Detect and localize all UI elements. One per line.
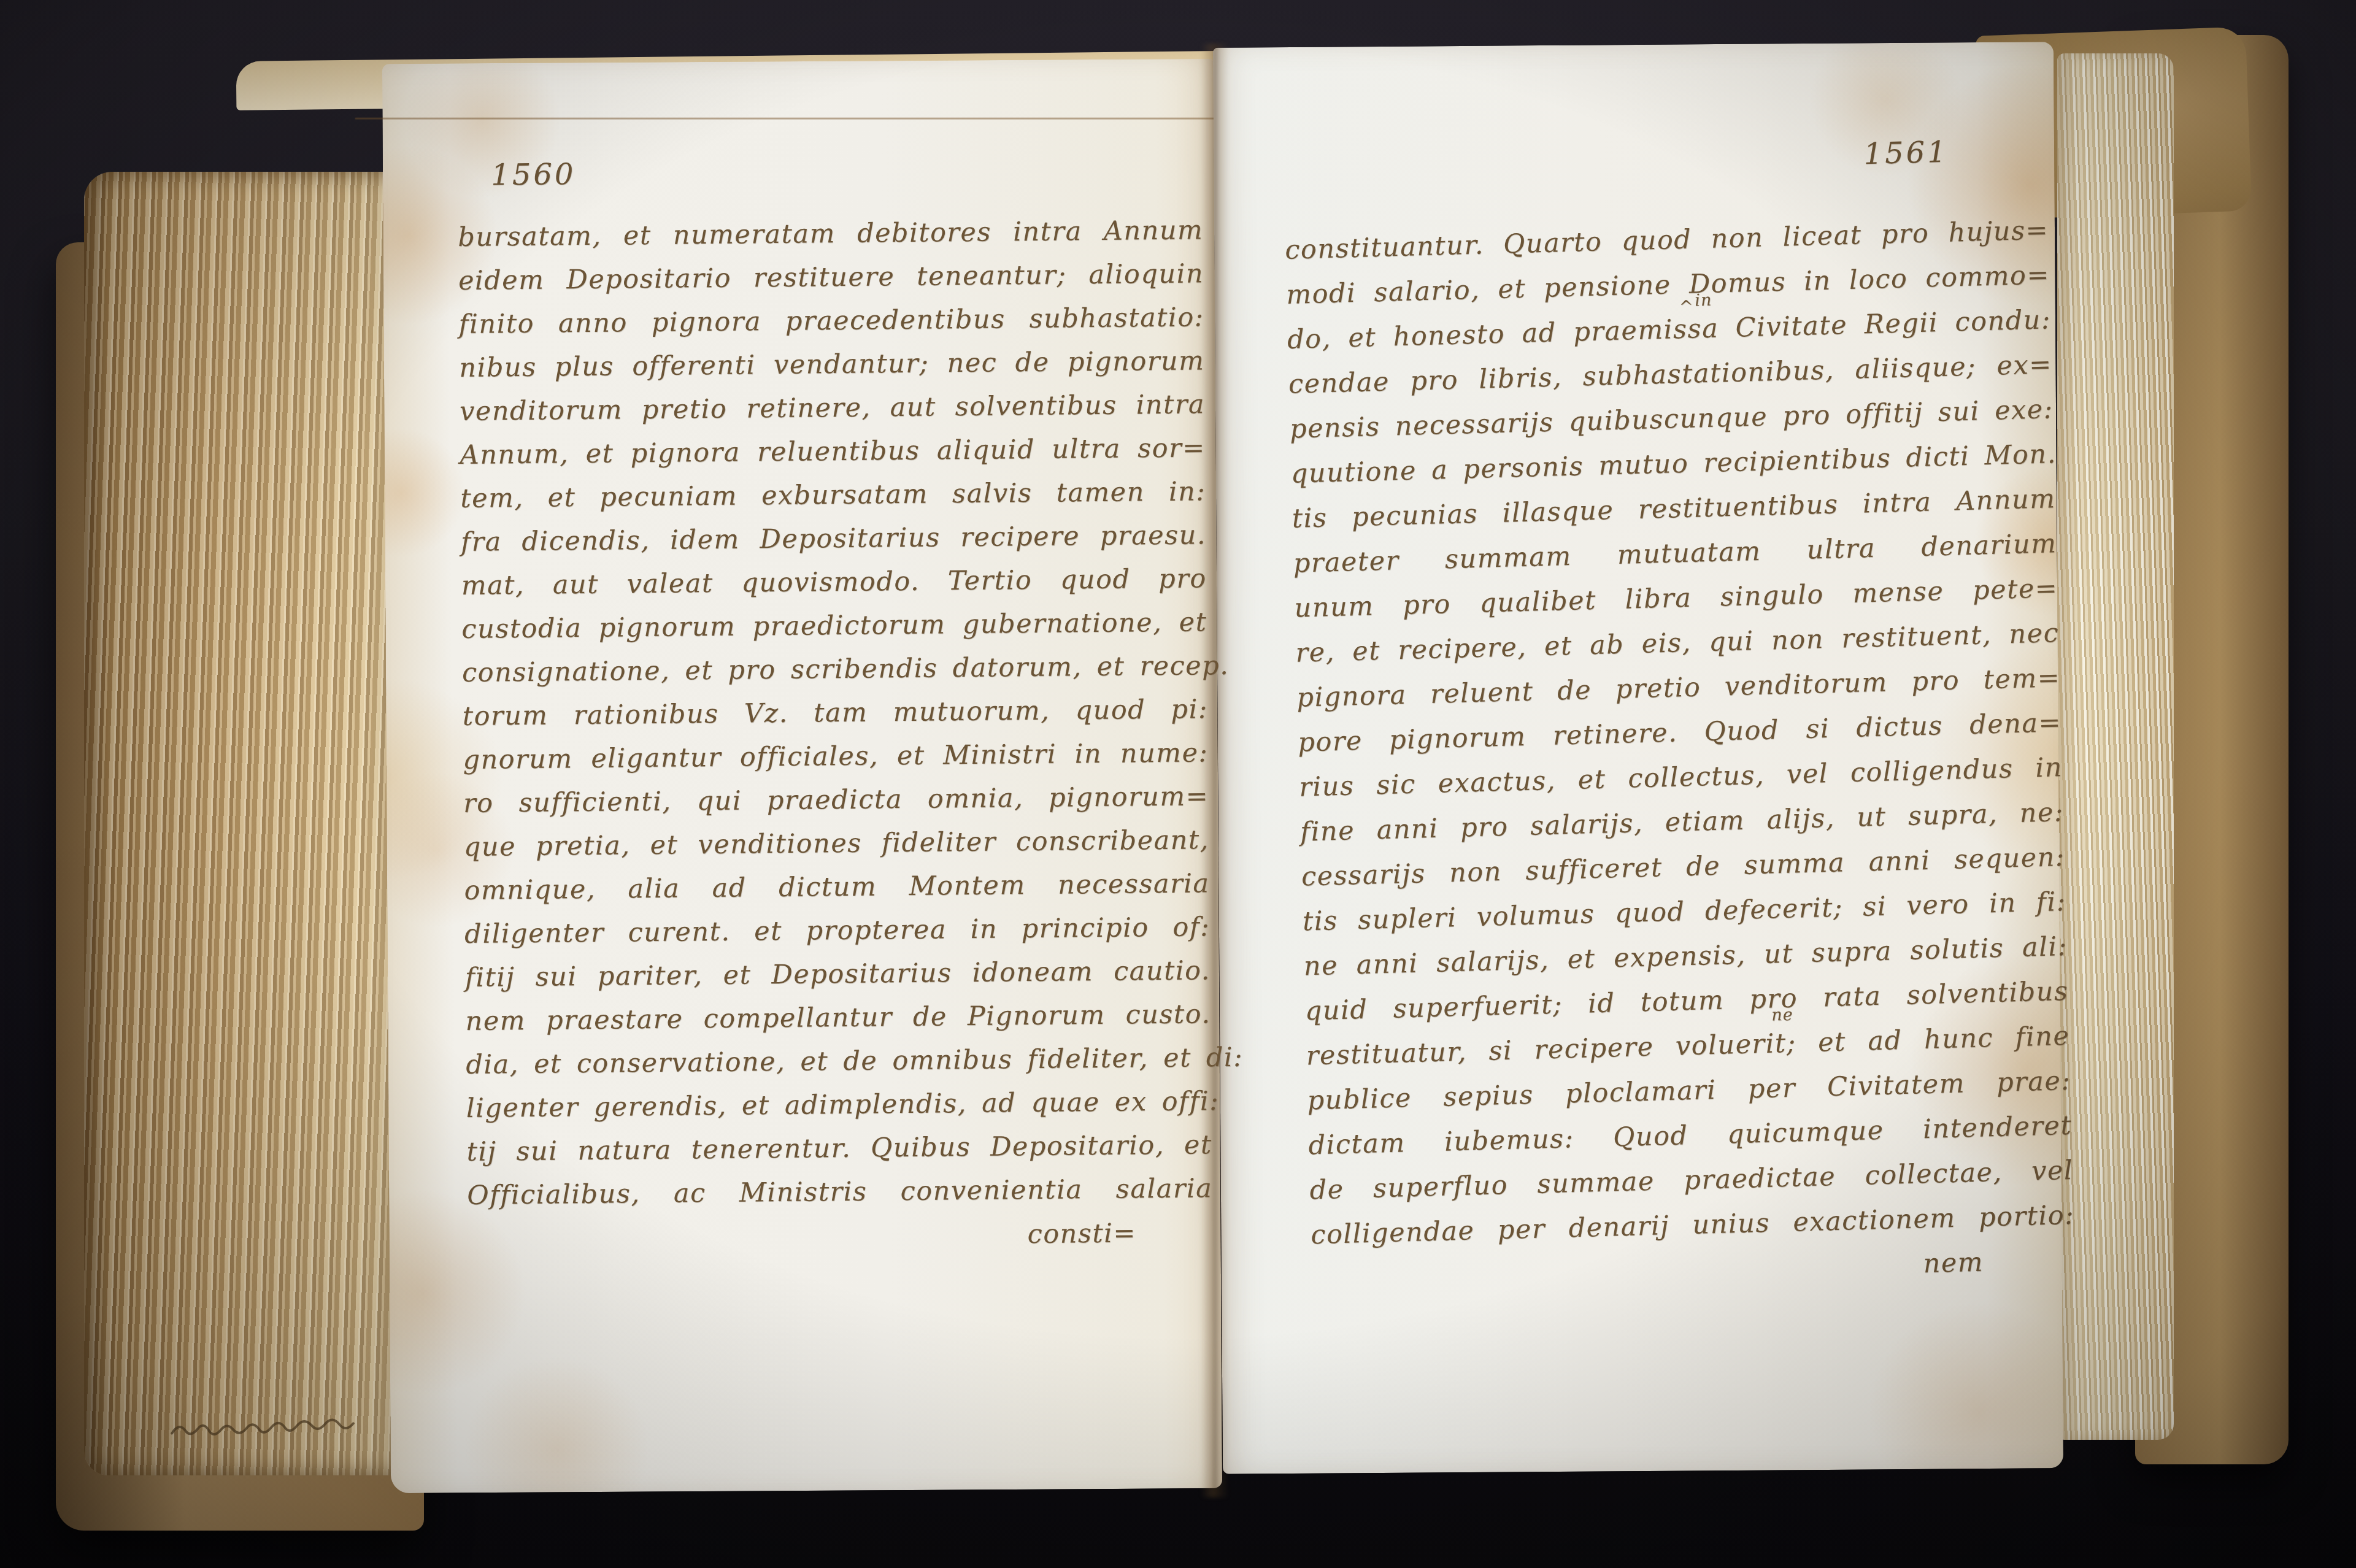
manuscript-text-line: nibus plus offerenti vendantur; nec de p…	[459, 339, 1205, 390]
left-page-catchword: consti=	[468, 1210, 1214, 1262]
left-page-number: 1560	[491, 146, 1203, 197]
insertion-text: ne	[1771, 1005, 1793, 1025]
manuscript-text-line: fitij sui pariter, et Depositarius idone…	[465, 949, 1211, 1000]
manuscript-text-line: Annum, et pignora reluentibus aliquid ul…	[460, 426, 1206, 477]
right-page-lines: constituantur. Quarto quod non liceat pr…	[1284, 208, 2075, 1258]
manuscript-text-line: omnique, alia ad dictum Montem necessari…	[464, 862, 1210, 913]
manuscript-text-line: dia, et conservatione, et de omnibus fid…	[466, 1036, 1212, 1087]
manuscript-text-line: fra dicendis, idem Depositarius recipere…	[461, 513, 1207, 564]
left-page-text: 1560 bursatam, et numeratam debitores in…	[457, 146, 1213, 1262]
underleaf-rule-line	[355, 118, 1318, 120]
manuscript-text-line: nem praestare compellantur de Pignorum c…	[465, 993, 1211, 1043]
insertion-text: in	[1695, 291, 1712, 310]
manuscript-text-line: Officialibus, ac Ministris convenientia …	[467, 1167, 1213, 1218]
manuscript-text-line: venditorum pretio retinere, aut solventi…	[460, 383, 1206, 434]
manuscript-book: 1560 bursatam, et numeratam debitores in…	[52, 28, 2292, 1524]
photo-background: 1560 bursatam, et numeratam debitores in…	[0, 0, 2356, 1568]
manuscript-text-line: ligenter gerendis, et adimplendis, ad qu…	[466, 1080, 1212, 1131]
manuscript-text-line: consignatione, et pro scribendis datorum…	[462, 644, 1208, 695]
underleaf-writing-fragment	[169, 1410, 378, 1445]
manuscript-text-line: tem, et pecuniam exbursatam salvis tamen…	[460, 470, 1206, 521]
interlinear-insertion-in: ^in	[1679, 291, 1712, 310]
caret-mark: ^	[1679, 298, 1694, 317]
manuscript-text-line: bursatam, et numeratam debitores intra A…	[458, 209, 1204, 259]
manuscript-text-line: torum rationibus Vz. tam mutuorum, quod …	[462, 688, 1208, 739]
right-page-text: 1561 constituantur. Quarto quod non lice…	[1282, 127, 2076, 1302]
manuscript-text-line: eidem Depositario restituere teneantur; …	[458, 252, 1204, 303]
manuscript-text-line: mat, aut valeat quovismodo. Tertio quod …	[461, 557, 1207, 608]
manuscript-text-line: ro sufficienti, qui praedicta omnia, pig…	[463, 775, 1209, 826]
left-page-lines: bursatam, et numeratam debitores intra A…	[458, 209, 1213, 1218]
manuscript-text-line: que pretia, et venditiones fideliter con…	[464, 818, 1210, 869]
manuscript-text-line: custodia pignorum praedictorum gubernati…	[461, 601, 1207, 651]
page-stack-left-edge	[84, 172, 406, 1475]
interlinear-insertion-ne: ne	[1771, 1005, 1793, 1025]
manuscript-text-line: tij sui natura tenerentur. Quibus Deposi…	[466, 1123, 1212, 1174]
manuscript-text-line: finito anno pignora praecedentibus subha…	[458, 296, 1204, 347]
manuscript-text-line: diligenter curent. et propterea in princ…	[464, 905, 1211, 956]
manuscript-text-line: gnorum eligantur officiales, et Ministri…	[463, 731, 1209, 782]
